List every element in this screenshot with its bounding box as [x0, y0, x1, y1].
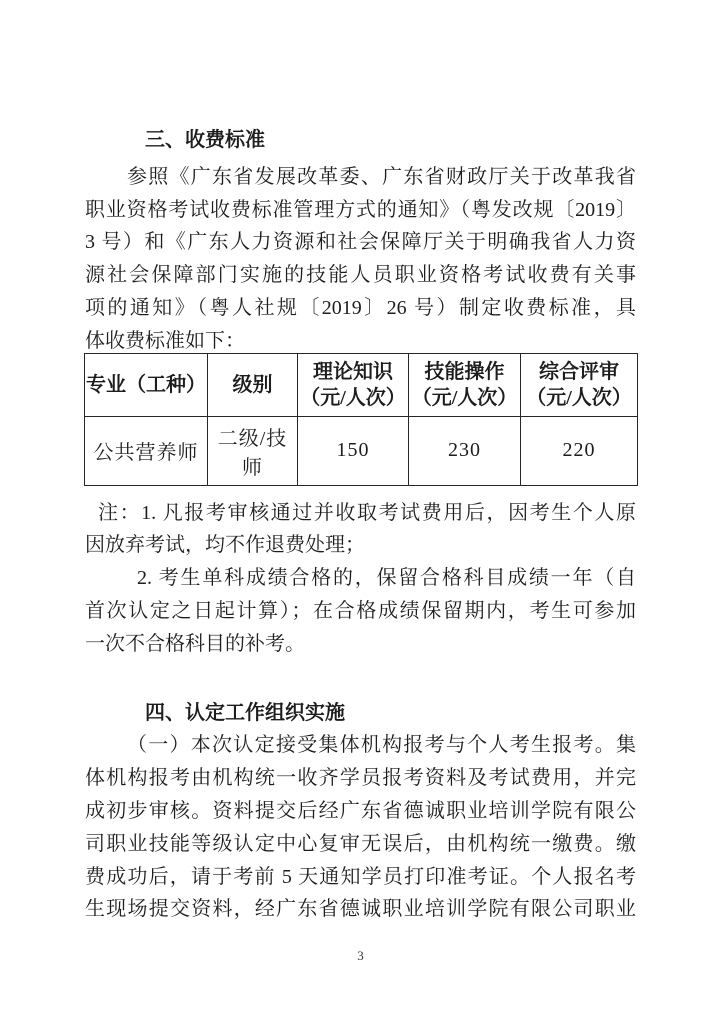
fee-table-header-major: 专业（工种） [85, 353, 208, 416]
fee-note2-line: 首次认定之日起计算）；在合格成绩保留期内，考生可参加 [85, 595, 636, 628]
fee-table-header-level: 级别 [208, 353, 298, 416]
fee-table-cell-level: 二级/技师 [208, 416, 298, 485]
document-page: 三、收费标准 参照《广东省发展改革委、广东省财政厅关于改革我省 职业资格考试收费… [0, 0, 720, 1018]
org-para-line: 成初步审核。资料提交后经广东省德诚职业培训学院有限公 [85, 795, 636, 828]
fee-table-header-skill: 技能操作 （元/人次） [409, 353, 521, 416]
fee-table-header-review: 综合评审 （元/人次） [521, 353, 638, 416]
fee-table: 专业（工种） 级别 理论知识 （元/人次） 技能操作 （元/人次） 综合评审 （… [84, 353, 638, 486]
fee-table-cell-review-fee: 220 [521, 416, 638, 485]
fee-table-cell-skill-fee: 230 [409, 416, 521, 485]
page-number: 3 [85, 948, 636, 964]
section-fee-heading: 三、收费标准 [145, 124, 636, 157]
fee-intro-paragraph: 参照《广东省发展改革委、广东省财政厅关于改革我省 职业资格考试收费标准管理方式的… [85, 161, 636, 358]
org-para-line: 费成功后，请于考前 5 天通知学员打印准考证。个人报名考 [85, 861, 636, 894]
fee-note1-line: 注：1. 凡报考审核通过并收取考试费用后，因考生个人原 [85, 497, 636, 530]
fee-intro-line: 源社会保障部门实施的技能人员职业资格考试收费有关事 [85, 259, 636, 292]
fee-note2-line: 2. 考生单科成绩合格的，保留合格科目成绩一年（自 [85, 562, 636, 595]
org-para-line: 生现场提交资料，经广东省德诚职业培训学院有限公司职业 [85, 893, 636, 926]
fee-note2-line: 一次不合格科目的补考。 [85, 628, 636, 661]
fee-table-header-theory: 理论知识 （元/人次） [298, 353, 409, 416]
fee-table-cell-major: 公共营养师 [85, 416, 208, 485]
org-para-line: 体机构报考由机构统一收齐学员报考资料及考试费用，并完 [85, 762, 636, 795]
fee-intro-line: 3 号）和《广东人力资源和社会保障厅关于明确我省人力资 [85, 226, 636, 259]
org-para-line: （一）本次认定接受集体机构报考与个人考生报考。集 [85, 729, 636, 762]
section-org-heading: 四、认定工作组织实施 [145, 697, 636, 730]
fee-table-data-row: 公共营养师 二级/技师 150 230 220 [85, 416, 638, 485]
fee-intro-line: 项的通知》（粤人社规〔2019〕26 号）制定收费标准，具 [85, 292, 636, 325]
fee-intro-line: 参照《广东省发展改革委、广东省财政厅关于改革我省 [85, 161, 636, 194]
fee-intro-line: 职业资格考试收费标准管理方式的通知》（粤发改规〔2019〕 [85, 194, 636, 227]
fee-notes: 注：1. 凡报考审核通过并收取考试费用后，因考生个人原 因放弃考试，均不作退费处… [85, 497, 636, 661]
org-paragraph: （一）本次认定接受集体机构报考与个人考生报考。集 体机构报考由机构统一收齐学员报… [85, 729, 636, 926]
fee-table-cell-theory-fee: 150 [298, 416, 409, 485]
org-para-line: 司职业技能等级认定中心复审无误后，由机构统一缴费。缴 [85, 828, 636, 861]
fee-table-header-row: 专业（工种） 级别 理论知识 （元/人次） 技能操作 （元/人次） 综合评审 （… [85, 353, 638, 416]
fee-note1-line: 因放弃考试，均不作退费处理； [85, 529, 636, 562]
